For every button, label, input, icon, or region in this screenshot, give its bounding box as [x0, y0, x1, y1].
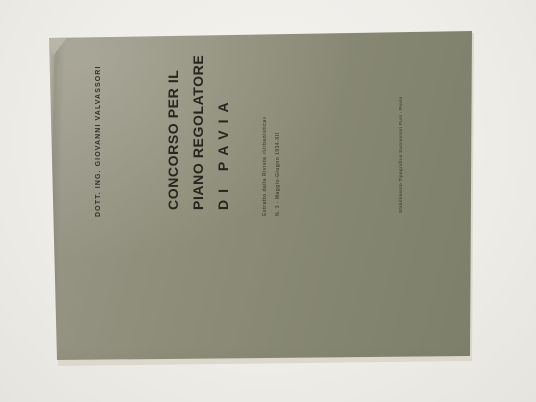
spine-crease	[41, 38, 65, 360]
title-line-1: CONCORSO PER IL	[161, 55, 186, 210]
title-line-2: PIANO REGOLATORE	[186, 55, 211, 210]
author-text: DOTT. ING. GIOVANNI VALVASSORI	[95, 66, 102, 218]
imprint-line-1: Estratto dalla Rivista «Urbanistica»	[259, 116, 272, 216]
printer-line: Stabilimento Tipografico Successori Fusi…	[398, 97, 403, 213]
imprint-line-2: N. 3 - Maggio-Giugno 1934-XII	[272, 116, 285, 216]
photo-scene: DOTT. ING. GIOVANNI VALVASSORI CONCORSO …	[0, 0, 536, 402]
booklet-cover: DOTT. ING. GIOVANNI VALVASSORI CONCORSO …	[0, 0, 536, 402]
title-line-3: DI PAVIA	[211, 55, 236, 210]
imprint-block: Estratto dalla Rivista «Urbanistica» N. …	[259, 116, 285, 216]
title-block: CONCORSO PER IL PIANO REGOLATORE DI PAVI…	[161, 55, 236, 210]
